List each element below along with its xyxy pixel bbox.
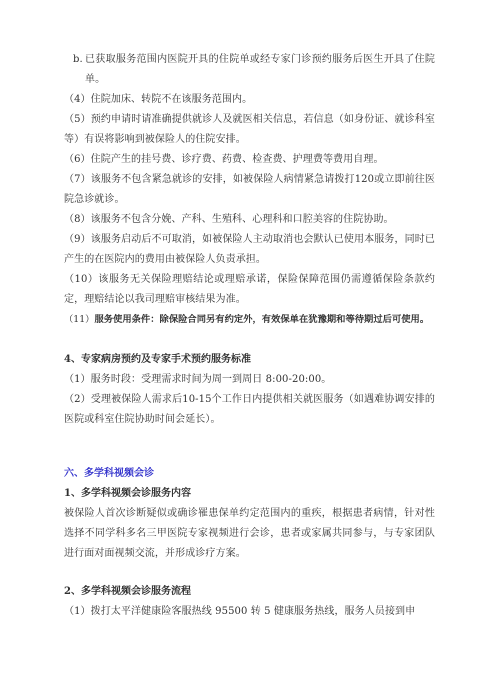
mdt-sub2-heading: 2、多学科视频会诊服务流程 (64, 582, 435, 602)
list-item-b: b. 已获取服务范围内医院开具的住院单或经专家门诊预约服务后医生开具了住院单。 (64, 50, 435, 90)
mdt-sub1-heading: 1、多学科视频会诊服务内容 (64, 484, 435, 504)
document-page: b. 已获取服务范围内医院开具的住院单或经专家门诊预约服务后医生开具了住院单。 … (0, 0, 495, 700)
document-content: b. 已获取服务范围内医院开具的住院单或经专家门诊预约服务后医生开具了住院单。 … (64, 50, 435, 622)
mdt-sub2-item-1: （1）拨打太平洋健康险客服热线 95500 转 5 健康服务热线，服务人员接到申 (64, 602, 435, 622)
note-paragraph-10: （10）该服务无关保险理赔结论或理赔承诺，保险保障范围仍需遵循保险条款约定，理赔… (64, 270, 435, 310)
note-paragraph-9: （9）该服务启动后不可取消，如被保险人主动取消也会默认已使用本服务，同时已产生的… (64, 230, 435, 270)
note-paragraph-6: （6）住院产生的挂号费、诊疗费、药费、检查费、护理费等费用自理。 (64, 150, 435, 170)
note-11-condition-text: 服务使用条件：除保险合同另有约定外，有效保单在犹豫期和等待期过后可使用。 (94, 314, 429, 325)
note-11-marker: （11） (64, 314, 94, 325)
section4-heading: 4、专家病房预约及专家手术预约服务标准 (64, 350, 435, 370)
note-paragraph-5: （5）预约申请时请准确提供就诊人及就医相关信息，若信息（如身份证、就诊科室等）有… (64, 110, 435, 150)
mdt-sub1-body: 被保险人首次诊断疑似或确诊罹患保单约定范围内的重疾，根据患者病情，针对性选择不同… (64, 504, 435, 564)
list-item-b-text: 已获取服务范围内医院开具的住院单或经专家门诊预约服务后医生开具了住院单。 (85, 54, 435, 85)
note-paragraph-7: （7）该服务不包含紧急就诊的安排，如被保险人病情紧急请拨打120或立即前往医院急… (64, 170, 435, 210)
note-paragraph-11: （11）服务使用条件：除保险合同另有约定外，有效保单在犹豫期和等待期过后可使用。 (64, 310, 435, 330)
section4-item-1: （1）服务时段：受理需求时间为周一到周日 8:00-20:00。 (64, 370, 435, 390)
list-item-b-marker: b. (73, 50, 83, 70)
section4-item-2: （2）受理被保险人需求后10-15个工作日内提供相关就医服务（如遇难协调安排的医… (64, 390, 435, 430)
note-paragraph-4: （4）住院加床、转院不在该服务范围内。 (64, 90, 435, 110)
note-paragraph-8: （8）该服务不包含分娩、产科、生殖科、心理科和口腔美容的住院协助。 (64, 210, 435, 230)
section6-heading: 六、多学科视频会诊 (64, 464, 435, 484)
